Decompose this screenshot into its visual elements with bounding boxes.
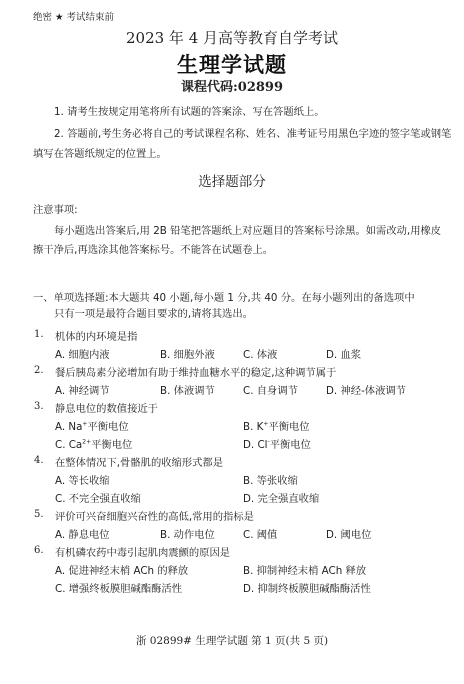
- option-b: B. 等张收缩: [243, 472, 298, 487]
- option-c: C. Ca2+平衡电位: [55, 436, 132, 451]
- notes-line-2: 擦干净后,再选涂其他答案标号。不能答在试题卷上。: [33, 241, 273, 256]
- option-b: B. K+平衡电位: [243, 418, 310, 433]
- option-a: A. Na+平衡电位: [55, 418, 129, 433]
- part-one-heading-line2: 只有一项是最符合题目要求的,请将其选出。: [54, 305, 253, 320]
- question-number: 1.: [34, 329, 44, 340]
- question-number: 5.: [34, 509, 44, 520]
- question-number: 6.: [34, 545, 44, 556]
- option-c: C. 增强终板膜胆碱酯酶活性: [55, 580, 182, 595]
- option-d: D. 抑制终板膜胆碱酯酶活性: [243, 580, 371, 595]
- exam-title: 2023 年 4 月高等教育自学考试: [0, 27, 464, 48]
- secret-mark: 绝密 ★ 考试结束前: [33, 9, 114, 23]
- option-d: D. Cl-平衡电位: [243, 436, 311, 451]
- option-a: A. 静息电位: [55, 526, 110, 541]
- course-code: 课程代码:02899: [0, 76, 464, 95]
- question-stem: 评价可兴奋细胞兴奋性的高低,常用的指标是: [55, 508, 254, 523]
- question-number: 2.: [34, 365, 44, 376]
- question-number: 4.: [34, 455, 44, 466]
- instruction-2-line2: 填写在答题纸规定的位置上。: [33, 145, 167, 160]
- question-stem: 在整体情况下,骨骼肌的收缩形式都是: [55, 454, 223, 469]
- option-b: B. 动作电位: [160, 526, 215, 541]
- option-d: D. 神经-体液调节: [326, 382, 406, 397]
- instruction-2-line1: 2. 答题前,考生务必将自己的考试课程名称、姓名、准考证号用黑色字迹的签字笔或钢…: [54, 125, 451, 140]
- option-c: C. 自身调节: [243, 382, 298, 397]
- question-stem: 有机磷农药中毒引起肌肉震颤的原因是: [55, 544, 230, 559]
- option-b: B. 体液调节: [160, 382, 215, 397]
- option-c: C. 阈值: [243, 526, 277, 541]
- option-c: C. 不完全强直收缩: [55, 490, 141, 505]
- section-title: 选择题部分: [0, 170, 464, 190]
- subject-title: 生理学试题: [0, 49, 464, 79]
- question-number: 3.: [34, 401, 44, 412]
- option-b: B. 抑制神经末梢 ACh 释放: [243, 562, 366, 577]
- option-d: D. 血浆: [326, 346, 361, 361]
- option-b: B. 细胞外液: [160, 346, 215, 361]
- question-stem: 静息电位的数值接近于: [55, 400, 158, 415]
- page-footer: 浙 02899# 生理学试题 第 1 页(共 5 页): [0, 633, 464, 648]
- notes-line-1: 每小题选出答案后,用 2B 铅笔把答题纸上对应题目的答案标号涂黑。如需改动,用橡…: [54, 222, 441, 237]
- notes-heading: 注意事项:: [33, 201, 78, 216]
- instruction-1: 1. 请考生按规定用笔将所有试题的答案涂、写在答题纸上。: [54, 103, 325, 118]
- option-a: A. 细胞内液: [55, 346, 110, 361]
- question-stem: 机体的内环境是指: [55, 328, 137, 343]
- option-a: A. 促进神经末梢 ACh 的释放: [55, 562, 188, 577]
- option-a: A. 等长收缩: [55, 472, 110, 487]
- option-d: D. 阈电位: [326, 526, 371, 541]
- option-d: D. 完全强直收缩: [243, 490, 319, 505]
- option-c: C. 体液: [243, 346, 277, 361]
- part-one-heading-line1: 一、单项选择题:本大题共 40 小题,每小题 1 分,共 40 分。在每小题列出…: [33, 289, 415, 304]
- option-a: A. 神经调节: [55, 382, 110, 397]
- question-stem: 餐后胰岛素分泌增加有助于维持血糖水平的稳定,这种调节属于: [55, 364, 336, 379]
